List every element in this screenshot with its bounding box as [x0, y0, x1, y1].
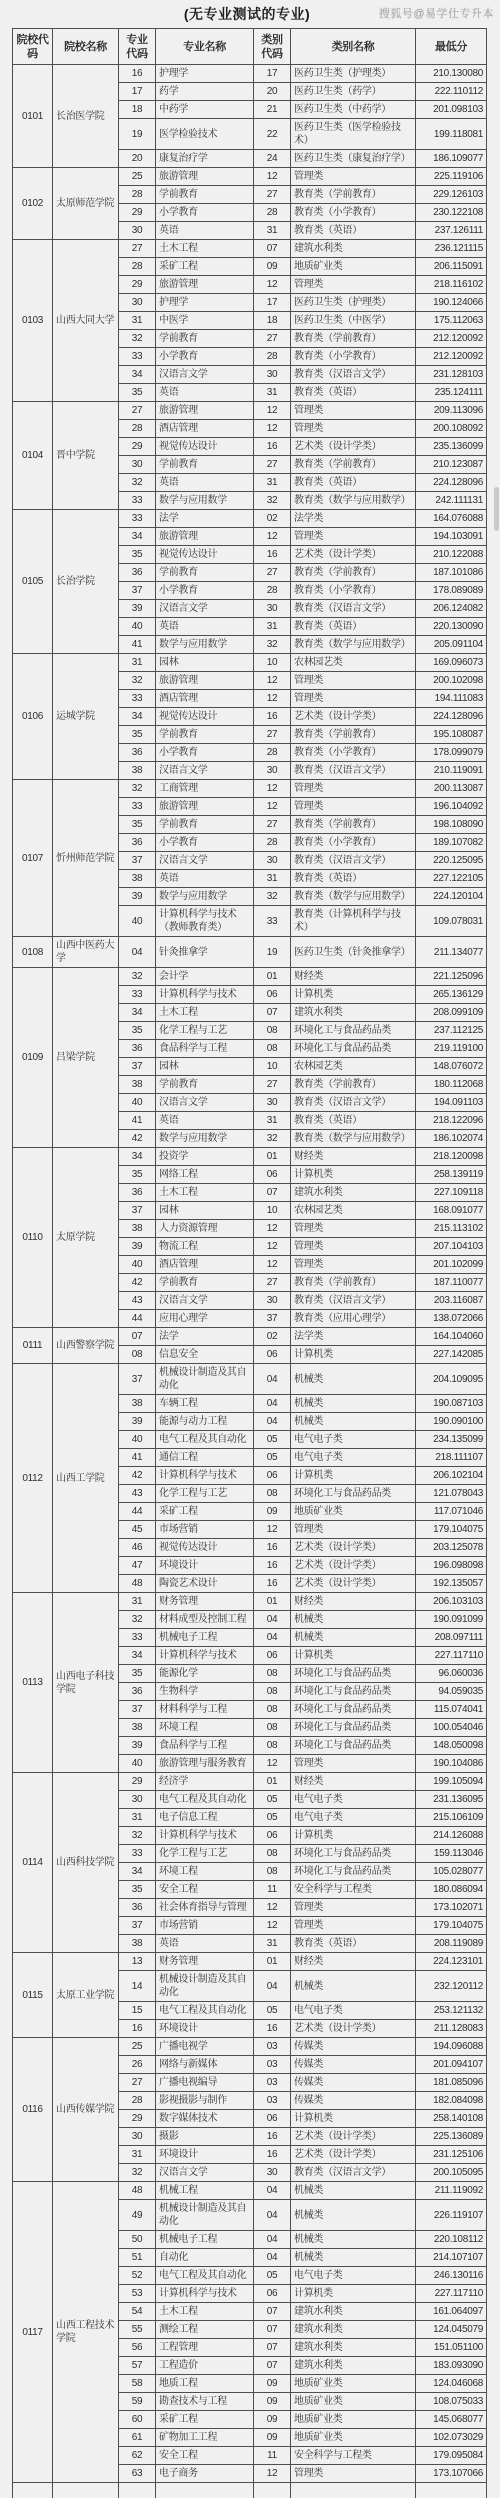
major-code-cell: 30 — [119, 222, 156, 240]
major-name-cell: 化学工程与工艺 — [156, 1485, 254, 1503]
min-score-cell: 210.130080 — [416, 65, 487, 83]
major-code-cell: 45 — [119, 1521, 156, 1539]
major-code-cell: 36 — [119, 1899, 156, 1917]
major-name-cell: 化学工程与工艺 — [156, 1845, 254, 1863]
category-code-cell: 04 — [254, 1629, 291, 1647]
major-code-cell: 40 — [119, 1755, 156, 1773]
category-name-cell: 教育类（学前教育） — [291, 1274, 416, 1292]
min-score-cell: 100.054046 — [416, 1719, 487, 1737]
major-code-cell: 42 — [119, 1274, 156, 1292]
category-name-cell: 艺术类（设计学类） — [291, 2128, 416, 2146]
major-name-cell: 英语 — [156, 474, 254, 492]
major-code-cell: 35 — [119, 1166, 156, 1184]
major-code-cell: 16 — [119, 2020, 156, 2038]
major-name-cell: 土木工程 — [156, 1184, 254, 1202]
category-name-cell: 传媒类 — [291, 2092, 416, 2110]
major-code-cell: 47 — [119, 1557, 156, 1575]
category-name-cell: 教育类（汉语言文学） — [291, 1094, 416, 1112]
major-code-cell: 33 — [119, 492, 156, 510]
category-name-cell: 教育类（小学教育） — [291, 582, 416, 600]
category-code-cell: 07 — [254, 1184, 291, 1202]
major-name-cell: 旅游管理 — [156, 672, 254, 690]
major-code-cell: 40 — [119, 906, 156, 937]
table-row: 0117山西工程技术学院48机械工程04机械类211.119092 — [13, 2182, 487, 2200]
major-code-cell: 14 — [119, 1971, 156, 2002]
category-name-cell: 医药卫生类（针灸推拿学） — [291, 937, 416, 968]
category-name-cell: 计算机类 — [291, 1827, 416, 1845]
min-score-cell: 203.116087 — [416, 1292, 487, 1310]
min-score-cell: 203.125078 — [416, 1539, 487, 1557]
category-name-cell: 地质矿业类 — [291, 2393, 416, 2411]
category-name-cell: 教育类（英语） — [291, 384, 416, 402]
major-name-cell: 英语 — [156, 618, 254, 636]
major-code-cell: 39 — [119, 1413, 156, 1431]
table-row: 0105长治学院33法学02法学类164.076088 — [13, 510, 487, 528]
table-row: 0108山西中医药大学04针灸推拿学19医药卫生类（针灸推拿学）211.1340… — [13, 937, 487, 968]
empty-cell — [53, 2483, 119, 2498]
category-code-cell: 16 — [254, 2128, 291, 2146]
header-row: 院校代码 院校名称 专业代码 专业名称 类别代码 类别名称 最低分 — [13, 29, 487, 65]
major-code-cell: 35 — [119, 384, 156, 402]
min-score-cell: 151.051100 — [416, 2339, 487, 2357]
category-name-cell: 医药卫生类（护理类） — [291, 294, 416, 312]
min-score-cell: 183.093090 — [416, 2357, 487, 2375]
category-code-cell: 31 — [254, 1112, 291, 1130]
table-row: 0115太原工业学院13财务管理01财经类224.123101 — [13, 1953, 487, 1971]
major-code-cell: 37 — [119, 1701, 156, 1719]
category-code-cell: 32 — [254, 888, 291, 906]
major-name-cell: 土木工程 — [156, 2303, 254, 2321]
major-name-cell: 旅游管理 — [156, 168, 254, 186]
table-row: 0102太原师范学院25旅游管理12管理类225.119106 — [13, 168, 487, 186]
category-name-cell: 医药卫生类（中药学） — [291, 101, 416, 119]
major-name-cell: 汉语言文学 — [156, 1292, 254, 1310]
min-score-cell: 231.125106 — [416, 2146, 487, 2164]
min-score-cell: 209.113096 — [416, 402, 487, 420]
major-code-cell: 38 — [119, 762, 156, 780]
major-name-cell: 中医学 — [156, 312, 254, 330]
category-code-cell: 30 — [254, 1292, 291, 1310]
category-name-cell: 环境化工与食品药品类 — [291, 1845, 416, 1863]
min-score-cell: 230.122108 — [416, 204, 487, 222]
category-name-cell: 管理类 — [291, 1755, 416, 1773]
major-name-cell: 学前教育 — [156, 816, 254, 834]
category-name-cell: 机械类 — [291, 1364, 416, 1395]
category-name-cell: 医药卫生类（医学检验技术） — [291, 119, 416, 150]
major-code-cell: 44 — [119, 1503, 156, 1521]
category-name-cell: 环境化工与食品药品类 — [291, 1737, 416, 1755]
category-name-cell: 医药卫生类（康复治疗学） — [291, 150, 416, 168]
category-name-cell: 农林园艺类 — [291, 1058, 416, 1076]
major-name-cell: 材料成型及控制工程 — [156, 1611, 254, 1629]
category-name-cell: 电气电子类 — [291, 1791, 416, 1809]
category-code-cell: 30 — [254, 762, 291, 780]
category-name-cell: 环境化工与食品药品类 — [291, 1719, 416, 1737]
category-name-cell: 医药卫生类（中医学） — [291, 312, 416, 330]
category-name-cell: 电气电子类 — [291, 1809, 416, 1827]
major-code-cell: 39 — [119, 1737, 156, 1755]
major-name-cell: 计算机科学与技术 — [156, 1647, 254, 1665]
min-score-cell: 124.045079 — [416, 2321, 487, 2339]
major-name-cell: 视觉传达设计 — [156, 546, 254, 564]
major-code-cell: 35 — [119, 1665, 156, 1683]
major-name-cell: 广播电视编导 — [156, 2074, 254, 2092]
min-score-cell: 234.135099 — [416, 1431, 487, 1449]
category-name-cell: 建筑水利类 — [291, 2339, 416, 2357]
major-code-cell: 49 — [119, 2200, 156, 2231]
major-name-cell: 学前教育 — [156, 1076, 254, 1094]
major-name-cell: 电气工程及其自动化 — [156, 2002, 254, 2020]
category-name-cell: 艺术类（设计学类） — [291, 546, 416, 564]
major-name-cell: 材料科学与工程 — [156, 1701, 254, 1719]
min-score-cell: 194.111083 — [416, 690, 487, 708]
category-code-cell: 02 — [254, 510, 291, 528]
category-code-cell: 16 — [254, 1539, 291, 1557]
major-code-cell: 48 — [119, 2182, 156, 2200]
major-name-cell: 医学检验技术 — [156, 119, 254, 150]
min-score-cell: 148.076072 — [416, 1058, 487, 1076]
major-code-cell: 35 — [119, 1022, 156, 1040]
min-score-cell: 227.122105 — [416, 870, 487, 888]
min-score-cell: 105.028077 — [416, 1863, 487, 1881]
min-score-cell: 196.098098 — [416, 1557, 487, 1575]
category-code-cell: 30 — [254, 600, 291, 618]
category-code-cell: 21 — [254, 101, 291, 119]
major-code-cell: 35 — [119, 546, 156, 564]
college-code-cell: 0110 — [13, 1148, 53, 1328]
major-code-cell: 31 — [119, 654, 156, 672]
major-code-cell: 38 — [119, 1395, 156, 1413]
category-code-cell: 20 — [254, 83, 291, 101]
header-category-name: 类别名称 — [291, 29, 416, 65]
table-row: 0107忻州师范学院32工商管理12管理类200.113087 — [13, 780, 487, 798]
category-code-cell: 08 — [254, 1863, 291, 1881]
major-code-cell: 38 — [119, 1719, 156, 1737]
major-name-cell: 网络工程 — [156, 1166, 254, 1184]
min-score-cell: 207.104103 — [416, 1238, 487, 1256]
min-score-cell: 179.095084 — [416, 2447, 487, 2465]
major-name-cell: 机械设计制造及其自动化 — [156, 2200, 254, 2231]
category-code-cell: 12 — [254, 798, 291, 816]
major-code-cell: 32 — [119, 1611, 156, 1629]
min-score-cell: 231.136095 — [416, 1791, 487, 1809]
category-code-cell: 08 — [254, 1719, 291, 1737]
major-code-cell: 41 — [119, 1112, 156, 1130]
major-code-cell: 36 — [119, 564, 156, 582]
major-code-cell: 50 — [119, 2231, 156, 2249]
min-score-cell: 164.104060 — [416, 1328, 487, 1346]
category-name-cell: 传媒类 — [291, 2038, 416, 2056]
major-name-cell: 护理学 — [156, 294, 254, 312]
category-name-cell: 建筑水利类 — [291, 1004, 416, 1022]
major-code-cell: 37 — [119, 1364, 156, 1395]
major-code-cell: 17 — [119, 83, 156, 101]
category-code-cell: 04 — [254, 2231, 291, 2249]
category-code-cell: 28 — [254, 204, 291, 222]
major-name-cell: 法学 — [156, 1328, 254, 1346]
college-name-cell: 山西科技学院 — [53, 1773, 119, 1953]
category-name-cell: 管理类 — [291, 1917, 416, 1935]
category-code-cell: 30 — [254, 366, 291, 384]
category-name-cell: 计算机类 — [291, 1346, 416, 1364]
major-code-cell: 29 — [119, 438, 156, 456]
min-score-cell: 195.108087 — [416, 726, 487, 744]
category-code-cell: 27 — [254, 1076, 291, 1094]
college-name-cell: 运城学院 — [53, 654, 119, 780]
major-name-cell: 自动化 — [156, 2249, 254, 2267]
category-code-cell: 11 — [254, 1881, 291, 1899]
major-code-cell: 41 — [119, 1449, 156, 1467]
college-code-cell: 0103 — [13, 240, 53, 402]
major-code-cell: 40 — [119, 618, 156, 636]
category-code-cell: 16 — [254, 1575, 291, 1593]
min-score-cell: 186.102074 — [416, 1130, 487, 1148]
min-score-cell: 236.121115 — [416, 240, 487, 258]
category-code-cell: 07 — [254, 2303, 291, 2321]
major-code-cell: 42 — [119, 1130, 156, 1148]
category-name-cell: 环境化工与食品药品类 — [291, 1665, 416, 1683]
min-score-cell: 94.059035 — [416, 1683, 487, 1701]
major-code-cell: 62 — [119, 2447, 156, 2465]
college-name-cell: 山西工程技术学院 — [53, 2182, 119, 2483]
category-code-cell: 06 — [254, 2285, 291, 2303]
major-code-cell: 36 — [119, 1683, 156, 1701]
major-code-cell: 37 — [119, 1917, 156, 1935]
min-score-cell: 229.126103 — [416, 186, 487, 204]
category-code-cell: 22 — [254, 119, 291, 150]
category-name-cell: 艺术类（设计学类） — [291, 438, 416, 456]
category-code-cell: 09 — [254, 258, 291, 276]
major-name-cell: 园林 — [156, 654, 254, 672]
major-name-cell: 视觉传达设计 — [156, 708, 254, 726]
category-code-cell: 05 — [254, 1431, 291, 1449]
category-name-cell: 电气电子类 — [291, 2002, 416, 2020]
category-code-cell: 09 — [254, 2375, 291, 2393]
category-code-cell: 16 — [254, 546, 291, 564]
college-name-cell: 长治医学院 — [53, 65, 119, 168]
category-name-cell: 教育类（应用心理学） — [291, 1310, 416, 1328]
major-name-cell: 旅游管理 — [156, 276, 254, 294]
major-name-cell: 经济学 — [156, 1773, 254, 1791]
category-name-cell: 管理类 — [291, 1238, 416, 1256]
category-code-cell: 04 — [254, 1611, 291, 1629]
min-score-cell: 179.104075 — [416, 1521, 487, 1539]
major-code-cell: 53 — [119, 2285, 156, 2303]
category-name-cell: 教育类（汉语言文学） — [291, 2164, 416, 2182]
min-score-cell: 246.130116 — [416, 2267, 487, 2285]
category-code-cell: 04 — [254, 1364, 291, 1395]
category-code-cell: 03 — [254, 2092, 291, 2110]
min-score-cell: 221.125096 — [416, 968, 487, 986]
category-name-cell: 艺术类（设计学类） — [291, 1557, 416, 1575]
college-name-cell: 吕梁学院 — [53, 968, 119, 1148]
category-name-cell: 艺术类（设计学类） — [291, 708, 416, 726]
category-code-cell: 04 — [254, 2200, 291, 2231]
category-name-cell: 教育类（数学与应用数学） — [291, 888, 416, 906]
major-code-cell: 29 — [119, 2110, 156, 2128]
min-score-cell: 265.136129 — [416, 986, 487, 1004]
category-code-cell: 01 — [254, 1148, 291, 1166]
category-code-cell: 12 — [254, 2465, 291, 2483]
table-row: 0101长治医学院16护理学17医药卫生类（护理类）210.130080 — [13, 65, 487, 83]
category-name-cell: 计算机类 — [291, 1647, 416, 1665]
major-code-cell: 42 — [119, 1467, 156, 1485]
min-score-cell: 173.107066 — [416, 2465, 487, 2483]
category-code-cell: 30 — [254, 2164, 291, 2182]
min-score-cell: 190.124066 — [416, 294, 487, 312]
category-code-cell: 17 — [254, 65, 291, 83]
major-name-cell: 旅游管理 — [156, 528, 254, 546]
header-college-code: 院校代码 — [13, 29, 53, 65]
major-code-cell: 43 — [119, 1485, 156, 1503]
major-code-cell: 18 — [119, 101, 156, 119]
category-code-cell: 01 — [254, 1953, 291, 1971]
major-name-cell: 人力资源管理 — [156, 1220, 254, 1238]
major-name-cell: 安全工程 — [156, 2447, 254, 2465]
category-name-cell: 机械类 — [291, 2182, 416, 2200]
category-code-cell: 16 — [254, 2146, 291, 2164]
min-score-cell: 218.122096 — [416, 1112, 487, 1130]
category-code-cell: 03 — [254, 2038, 291, 2056]
min-score-cell: 218.111107 — [416, 1449, 487, 1467]
major-code-cell: 07 — [119, 1328, 156, 1346]
min-score-cell: 253.121132 — [416, 2002, 487, 2020]
major-name-cell: 视觉传达设计 — [156, 438, 254, 456]
category-code-cell: 27 — [254, 186, 291, 204]
category-code-cell: 06 — [254, 986, 291, 1004]
category-name-cell: 建筑水利类 — [291, 2321, 416, 2339]
min-score-cell: 159.113046 — [416, 1845, 487, 1863]
major-code-cell: 32 — [119, 1827, 156, 1845]
category-code-cell: 32 — [254, 492, 291, 510]
min-score-cell: 208.097111 — [416, 1629, 487, 1647]
watermark: 搜狐号@易学仕专升本 — [379, 5, 494, 21]
major-code-cell: 31 — [119, 312, 156, 330]
major-name-cell: 摄影 — [156, 2128, 254, 2146]
college-code-cell: 0109 — [13, 968, 53, 1148]
major-code-cell: 43 — [119, 1292, 156, 1310]
major-name-cell: 计算机科学与技术（教师教育类） — [156, 906, 254, 937]
category-name-cell: 教育类（小学教育） — [291, 204, 416, 222]
major-code-cell: 04 — [119, 937, 156, 968]
major-code-cell: 19 — [119, 119, 156, 150]
category-code-cell: 04 — [254, 2249, 291, 2267]
category-name-cell: 管理类 — [291, 276, 416, 294]
category-code-cell: 12 — [254, 420, 291, 438]
major-code-cell: 36 — [119, 1040, 156, 1058]
major-code-cell: 61 — [119, 2429, 156, 2447]
major-code-cell: 63 — [119, 2465, 156, 2483]
min-score-cell: 190.090100 — [416, 1413, 487, 1431]
major-code-cell: 37 — [119, 582, 156, 600]
major-name-cell: 英语 — [156, 384, 254, 402]
min-score-cell: 186.109077 — [416, 150, 487, 168]
category-code-cell: 08 — [254, 1485, 291, 1503]
category-code-cell: 05 — [254, 1449, 291, 1467]
min-score-cell: 214.126088 — [416, 1827, 487, 1845]
category-code-cell: 07 — [254, 2357, 291, 2375]
category-code-cell: 31 — [254, 384, 291, 402]
major-name-cell: 环境设计 — [156, 1557, 254, 1575]
min-score-cell: 189.107082 — [416, 834, 487, 852]
major-name-cell: 小学教育 — [156, 582, 254, 600]
major-code-cell: 39 — [119, 600, 156, 618]
category-name-cell: 教育类（英语） — [291, 1112, 416, 1130]
major-name-cell: 采矿工程 — [156, 1503, 254, 1521]
category-code-cell: 09 — [254, 2429, 291, 2447]
major-code-cell: 34 — [119, 1004, 156, 1022]
major-name-cell: 工商管理 — [156, 780, 254, 798]
min-score-cell: 124.046068 — [416, 2375, 487, 2393]
min-score-cell: 200.102098 — [416, 672, 487, 690]
major-code-cell: 38 — [119, 1076, 156, 1094]
college-name-cell: 山西大同大学 — [53, 240, 119, 402]
college-name-cell: 山西工学院 — [53, 1364, 119, 1593]
major-name-cell: 学前教育 — [156, 456, 254, 474]
category-name-cell: 教育类（学前教育） — [291, 816, 416, 834]
category-code-cell: 31 — [254, 618, 291, 636]
category-code-cell: 08 — [254, 1022, 291, 1040]
scrollbar-thumb[interactable] — [494, 487, 499, 531]
major-code-cell: 34 — [119, 1148, 156, 1166]
min-score-cell: 211.134077 — [416, 937, 487, 968]
major-name-cell: 工程管理 — [156, 2339, 254, 2357]
major-name-cell: 小学教育 — [156, 834, 254, 852]
college-code-cell: 0102 — [13, 168, 53, 240]
category-name-cell: 管理类 — [291, 690, 416, 708]
category-code-cell: 02 — [254, 1328, 291, 1346]
college-name-cell: 太原工业学院 — [53, 1953, 119, 2038]
category-code-cell: 09 — [254, 2393, 291, 2411]
category-name-cell: 财经类 — [291, 1593, 416, 1611]
category-name-cell: 财经类 — [291, 1148, 416, 1166]
major-name-cell: 环境工程 — [156, 1863, 254, 1881]
major-code-cell: 33 — [119, 986, 156, 1004]
min-score-cell: 214.107107 — [416, 2249, 487, 2267]
major-name-cell: 学前教育 — [156, 564, 254, 582]
min-score-cell: 211.119092 — [416, 2182, 487, 2200]
college-name-cell: 忻州师范学院 — [53, 780, 119, 937]
major-code-cell: 51 — [119, 2249, 156, 2267]
major-name-cell: 汉语言文学 — [156, 2164, 254, 2182]
major-name-cell: 汉语言文学 — [156, 852, 254, 870]
category-code-cell: 27 — [254, 726, 291, 744]
major-name-cell: 市场营销 — [156, 1917, 254, 1935]
category-name-cell: 计算机类 — [291, 2285, 416, 2303]
major-name-cell: 汉语言文学 — [156, 366, 254, 384]
major-name-cell: 汉语言文学 — [156, 762, 254, 780]
min-score-cell: 168.091077 — [416, 1202, 487, 1220]
min-score-cell: 199.105094 — [416, 1773, 487, 1791]
major-name-cell: 工程造价 — [156, 2357, 254, 2375]
category-name-cell: 教育类（数学与应用数学） — [291, 492, 416, 510]
major-code-cell: 39 — [119, 1238, 156, 1256]
category-name-cell: 环境化工与食品药品类 — [291, 1863, 416, 1881]
empty-cell — [254, 2483, 291, 2498]
college-code-cell: 0115 — [13, 1953, 53, 2038]
category-code-cell: 01 — [254, 1773, 291, 1791]
min-score-cell: 196.104092 — [416, 798, 487, 816]
major-name-cell: 化学工程与工艺 — [156, 1022, 254, 1040]
category-code-cell: 31 — [254, 870, 291, 888]
major-name-cell: 测绘工程 — [156, 2321, 254, 2339]
category-code-cell: 09 — [254, 2411, 291, 2429]
major-name-cell: 英语 — [156, 1112, 254, 1130]
min-score-cell: 182.084098 — [416, 2092, 487, 2110]
min-score-cell: 206.124082 — [416, 600, 487, 618]
min-score-cell: 204.109095 — [416, 1364, 487, 1395]
major-name-cell: 计算机科学与技术 — [156, 2285, 254, 2303]
